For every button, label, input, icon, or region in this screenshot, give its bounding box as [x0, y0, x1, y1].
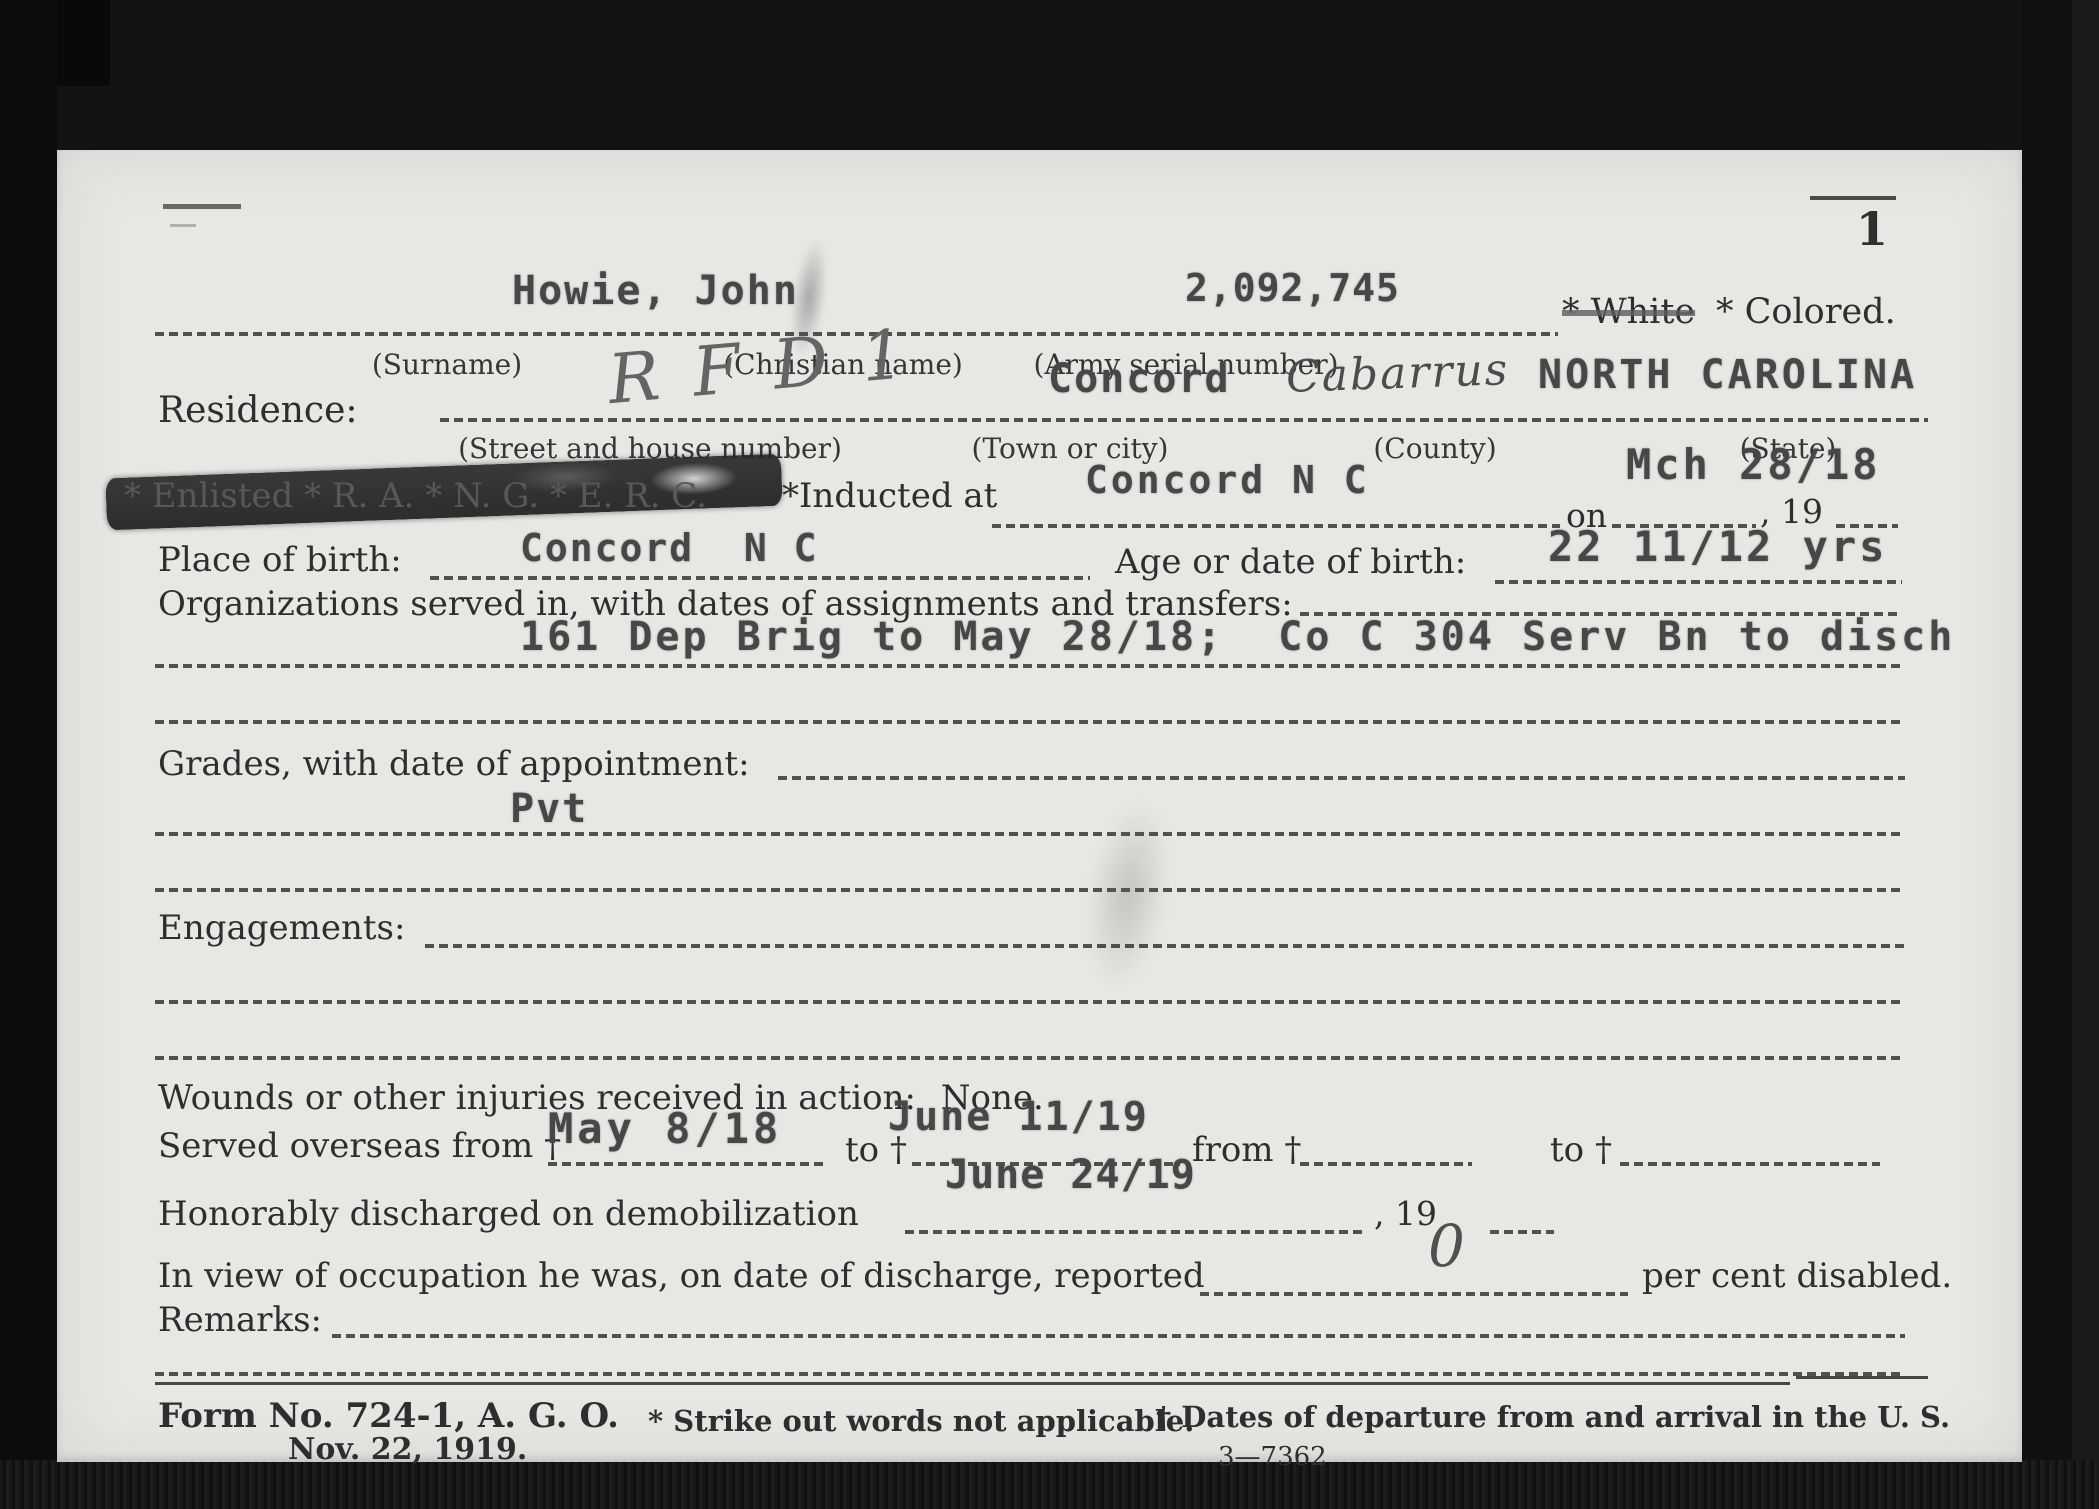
- inducted-place-value: Concord N C: [1085, 458, 1370, 502]
- print-code: 3—7362: [1218, 1442, 1327, 1472]
- overseas-from2-line: [1300, 1162, 1472, 1166]
- organizations-line-3: [155, 720, 1905, 724]
- engagements-line-2: [155, 1000, 1905, 1004]
- race-colored-option: * Colored.: [1716, 292, 1896, 332]
- place-of-birth-label: Place of birth:: [158, 540, 402, 580]
- disability-line: [1200, 1292, 1628, 1296]
- overseas-from2-label: from †: [1192, 1130, 1301, 1170]
- residence-line: [440, 418, 1928, 422]
- grade-value: Pvt: [510, 786, 588, 832]
- page-number: 1: [1856, 202, 1888, 256]
- engagements-line-1: [425, 944, 1905, 948]
- page-number-overline: [1810, 196, 1896, 200]
- grades-label: Grades, with date of appointment:: [158, 744, 750, 784]
- grades-line-2: [155, 832, 1905, 836]
- discharge-label: Honorably discharged on demobilization: [158, 1194, 859, 1234]
- dagger-note: † Dates of departure from and arrival in…: [1156, 1400, 1950, 1434]
- county-label: (County): [1373, 432, 1496, 465]
- place-of-birth-value: Concord N C: [520, 526, 819, 570]
- overseas-from1-label: Served overseas from †: [158, 1126, 561, 1166]
- overseas-to1-value: June 11/19: [888, 1094, 1149, 1140]
- engagements-line-3: [155, 1056, 1905, 1060]
- footer-rule-left: [155, 1382, 1790, 1385]
- residence-state-value: NORTH CAROLINA: [1538, 352, 1917, 398]
- scan-background-top: [0, 0, 2099, 152]
- scan-background-right-edge: [2072, 0, 2099, 1509]
- name-value: Howie, John: [512, 268, 799, 314]
- grades-label-line: [778, 776, 1905, 780]
- race-white-option: * White: [1562, 292, 1695, 332]
- overseas-from1-line: [548, 1162, 828, 1166]
- inducted-place-line: [992, 524, 1560, 528]
- residence-town-value: Concord: [1048, 356, 1231, 402]
- scanned-service-card: 1 Howie, John 2,092,745 * White * Colore…: [0, 0, 2099, 1509]
- overseas-from1-value: May 8/18: [548, 1104, 782, 1153]
- age-value: 22 11/12 yrs: [1548, 522, 1887, 571]
- remarks-line-1: [332, 1334, 1905, 1338]
- residence-label: Residence:: [158, 390, 358, 431]
- overseas-to2-label: to †: [1550, 1130, 1612, 1170]
- serial-number-value: 2,092,745: [1185, 266, 1400, 310]
- remarks-label: Remarks:: [158, 1300, 322, 1340]
- surname-label: (Surname): [372, 348, 522, 381]
- disability-label: In view of occupation he was, on date of…: [158, 1256, 1205, 1296]
- organizations-line-2: [155, 664, 1905, 668]
- overseas-to2-line: [1620, 1162, 1880, 1166]
- inducted-at-label: *Inducted at: [782, 476, 997, 516]
- form-number: Form No. 724-1, A. G. O.: [158, 1396, 619, 1436]
- footer-rule-right: [1796, 1376, 1928, 1379]
- enlistment-struck-options: * Enlisted * R. A. * N. G. * E. R. C.: [124, 476, 707, 516]
- form-date: Nov. 22, 1919.: [288, 1432, 527, 1467]
- top-left-mark: [163, 204, 241, 209]
- disability-suffix: per cent disabled.: [1642, 1256, 1952, 1296]
- remarks-line-2: [155, 1372, 1905, 1376]
- discharge-handwritten-zero: 0: [1428, 1212, 1465, 1280]
- discharge-date-value: June 24/19: [945, 1152, 1196, 1198]
- top-left-mark-small: [170, 224, 196, 227]
- organizations-value: 161 Dep Brig to May 28/18; Co C 304 Serv…: [520, 614, 1955, 660]
- induction-date-value: Mch 28/18: [1626, 440, 1881, 489]
- wounds-label: Wounds or other injuries received in act…: [158, 1078, 916, 1118]
- strike-out-note: * Strike out words not applicable.: [648, 1404, 1194, 1438]
- scan-background-left: [0, 0, 57, 1509]
- age-label: Age or date of birth:: [1115, 542, 1466, 582]
- place-of-birth-line: [430, 576, 1090, 580]
- age-line: [1495, 580, 1902, 584]
- residence-county-value: Cabarrus: [1285, 344, 1510, 403]
- discharge-year-line: [1490, 1230, 1554, 1234]
- scan-background-bottom: [0, 1460, 2099, 1509]
- engagements-label: Engagements:: [158, 908, 405, 948]
- grades-line-3: [155, 888, 1905, 892]
- discharge-line: [905, 1230, 1365, 1234]
